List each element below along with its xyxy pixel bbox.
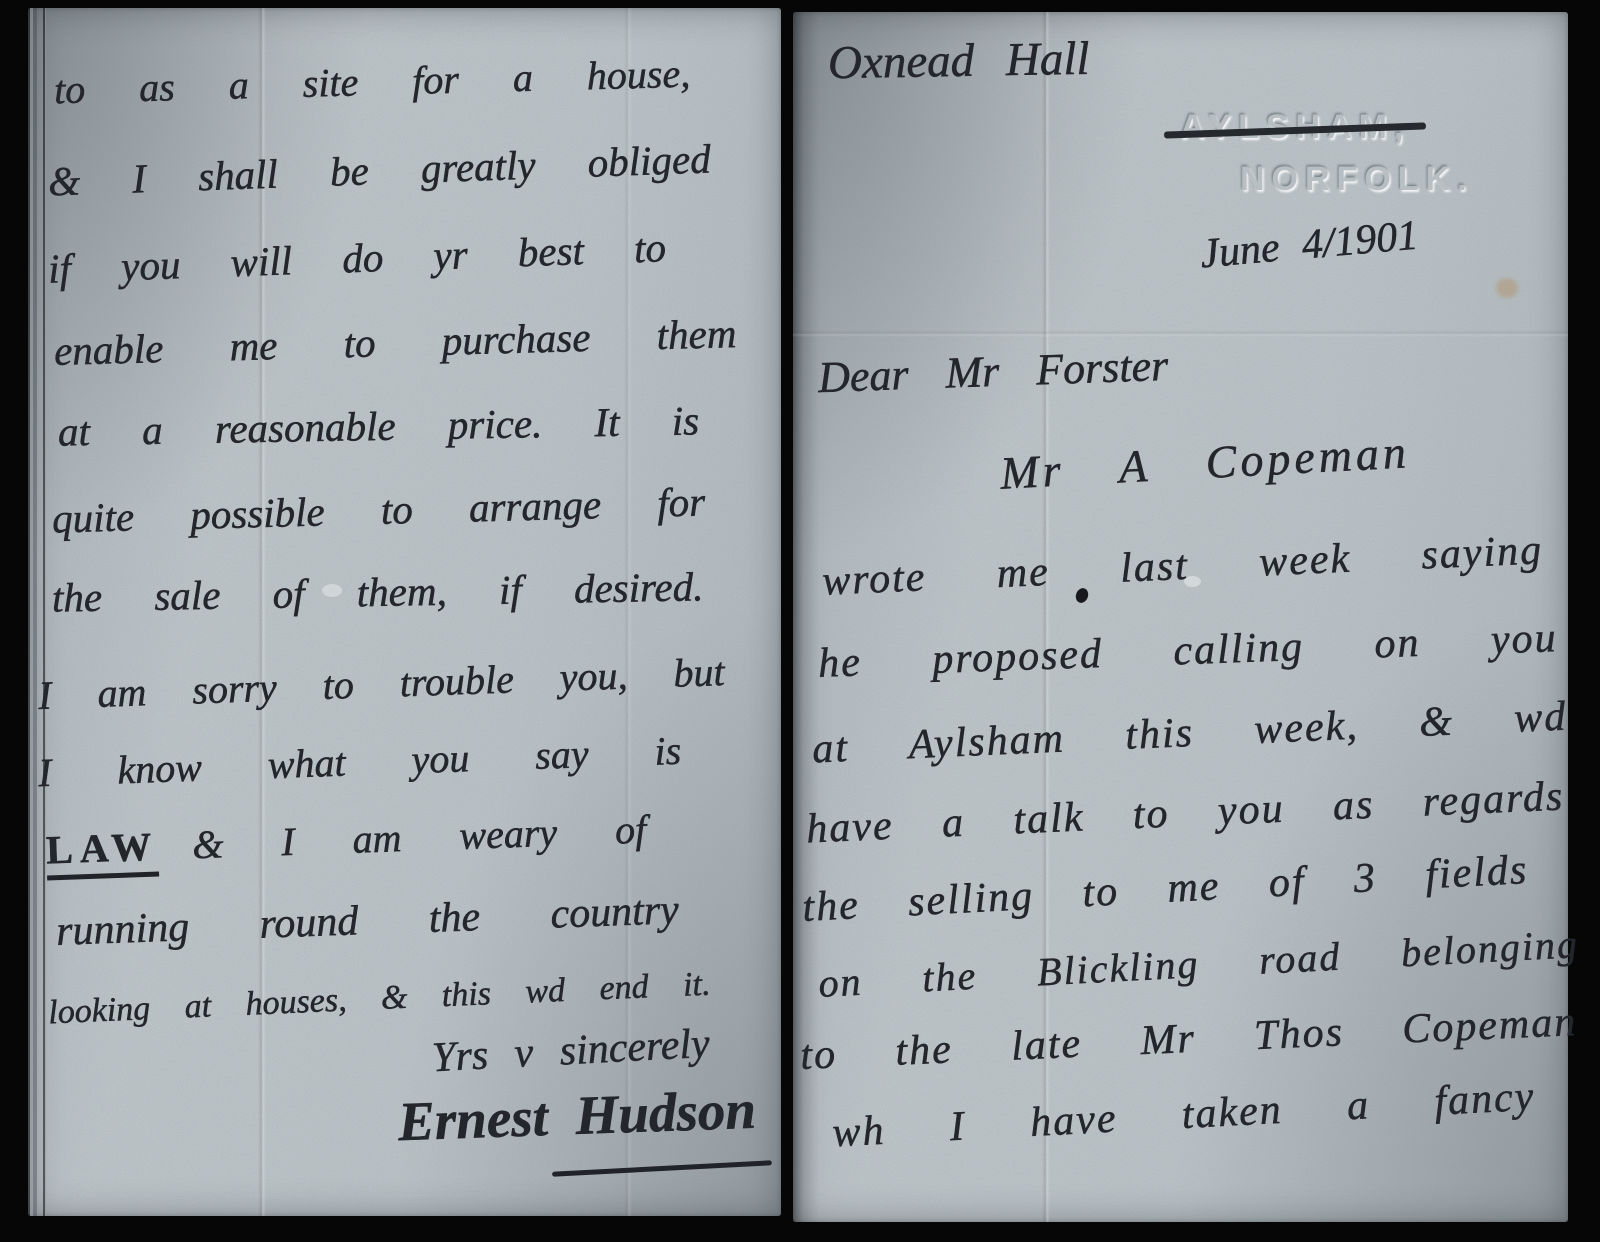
letterhead-house: Oxnead Hall — [828, 36, 1090, 88]
signature: Ernest Hudson — [397, 1082, 757, 1149]
fold-crease — [793, 330, 1568, 337]
paper-stain — [900, 1002, 916, 1016]
paper-flaw — [322, 584, 342, 597]
letter-photo: to as a site for a house, & I shall be g… — [0, 0, 1600, 1242]
page-stack-edge — [28, 8, 46, 1216]
underlined-word-law: LAW — [45, 824, 159, 881]
salutation: Dear Mr Forster — [817, 344, 1169, 400]
letter-line: the sale of them, if desired. — [52, 566, 704, 618]
paper-flaw — [1184, 576, 1201, 587]
letter-line: at a reasonable price. It is — [58, 400, 700, 452]
paper-stain — [1496, 278, 1518, 298]
letterhead-county-embossed: NORFOLK. — [1240, 162, 1474, 196]
